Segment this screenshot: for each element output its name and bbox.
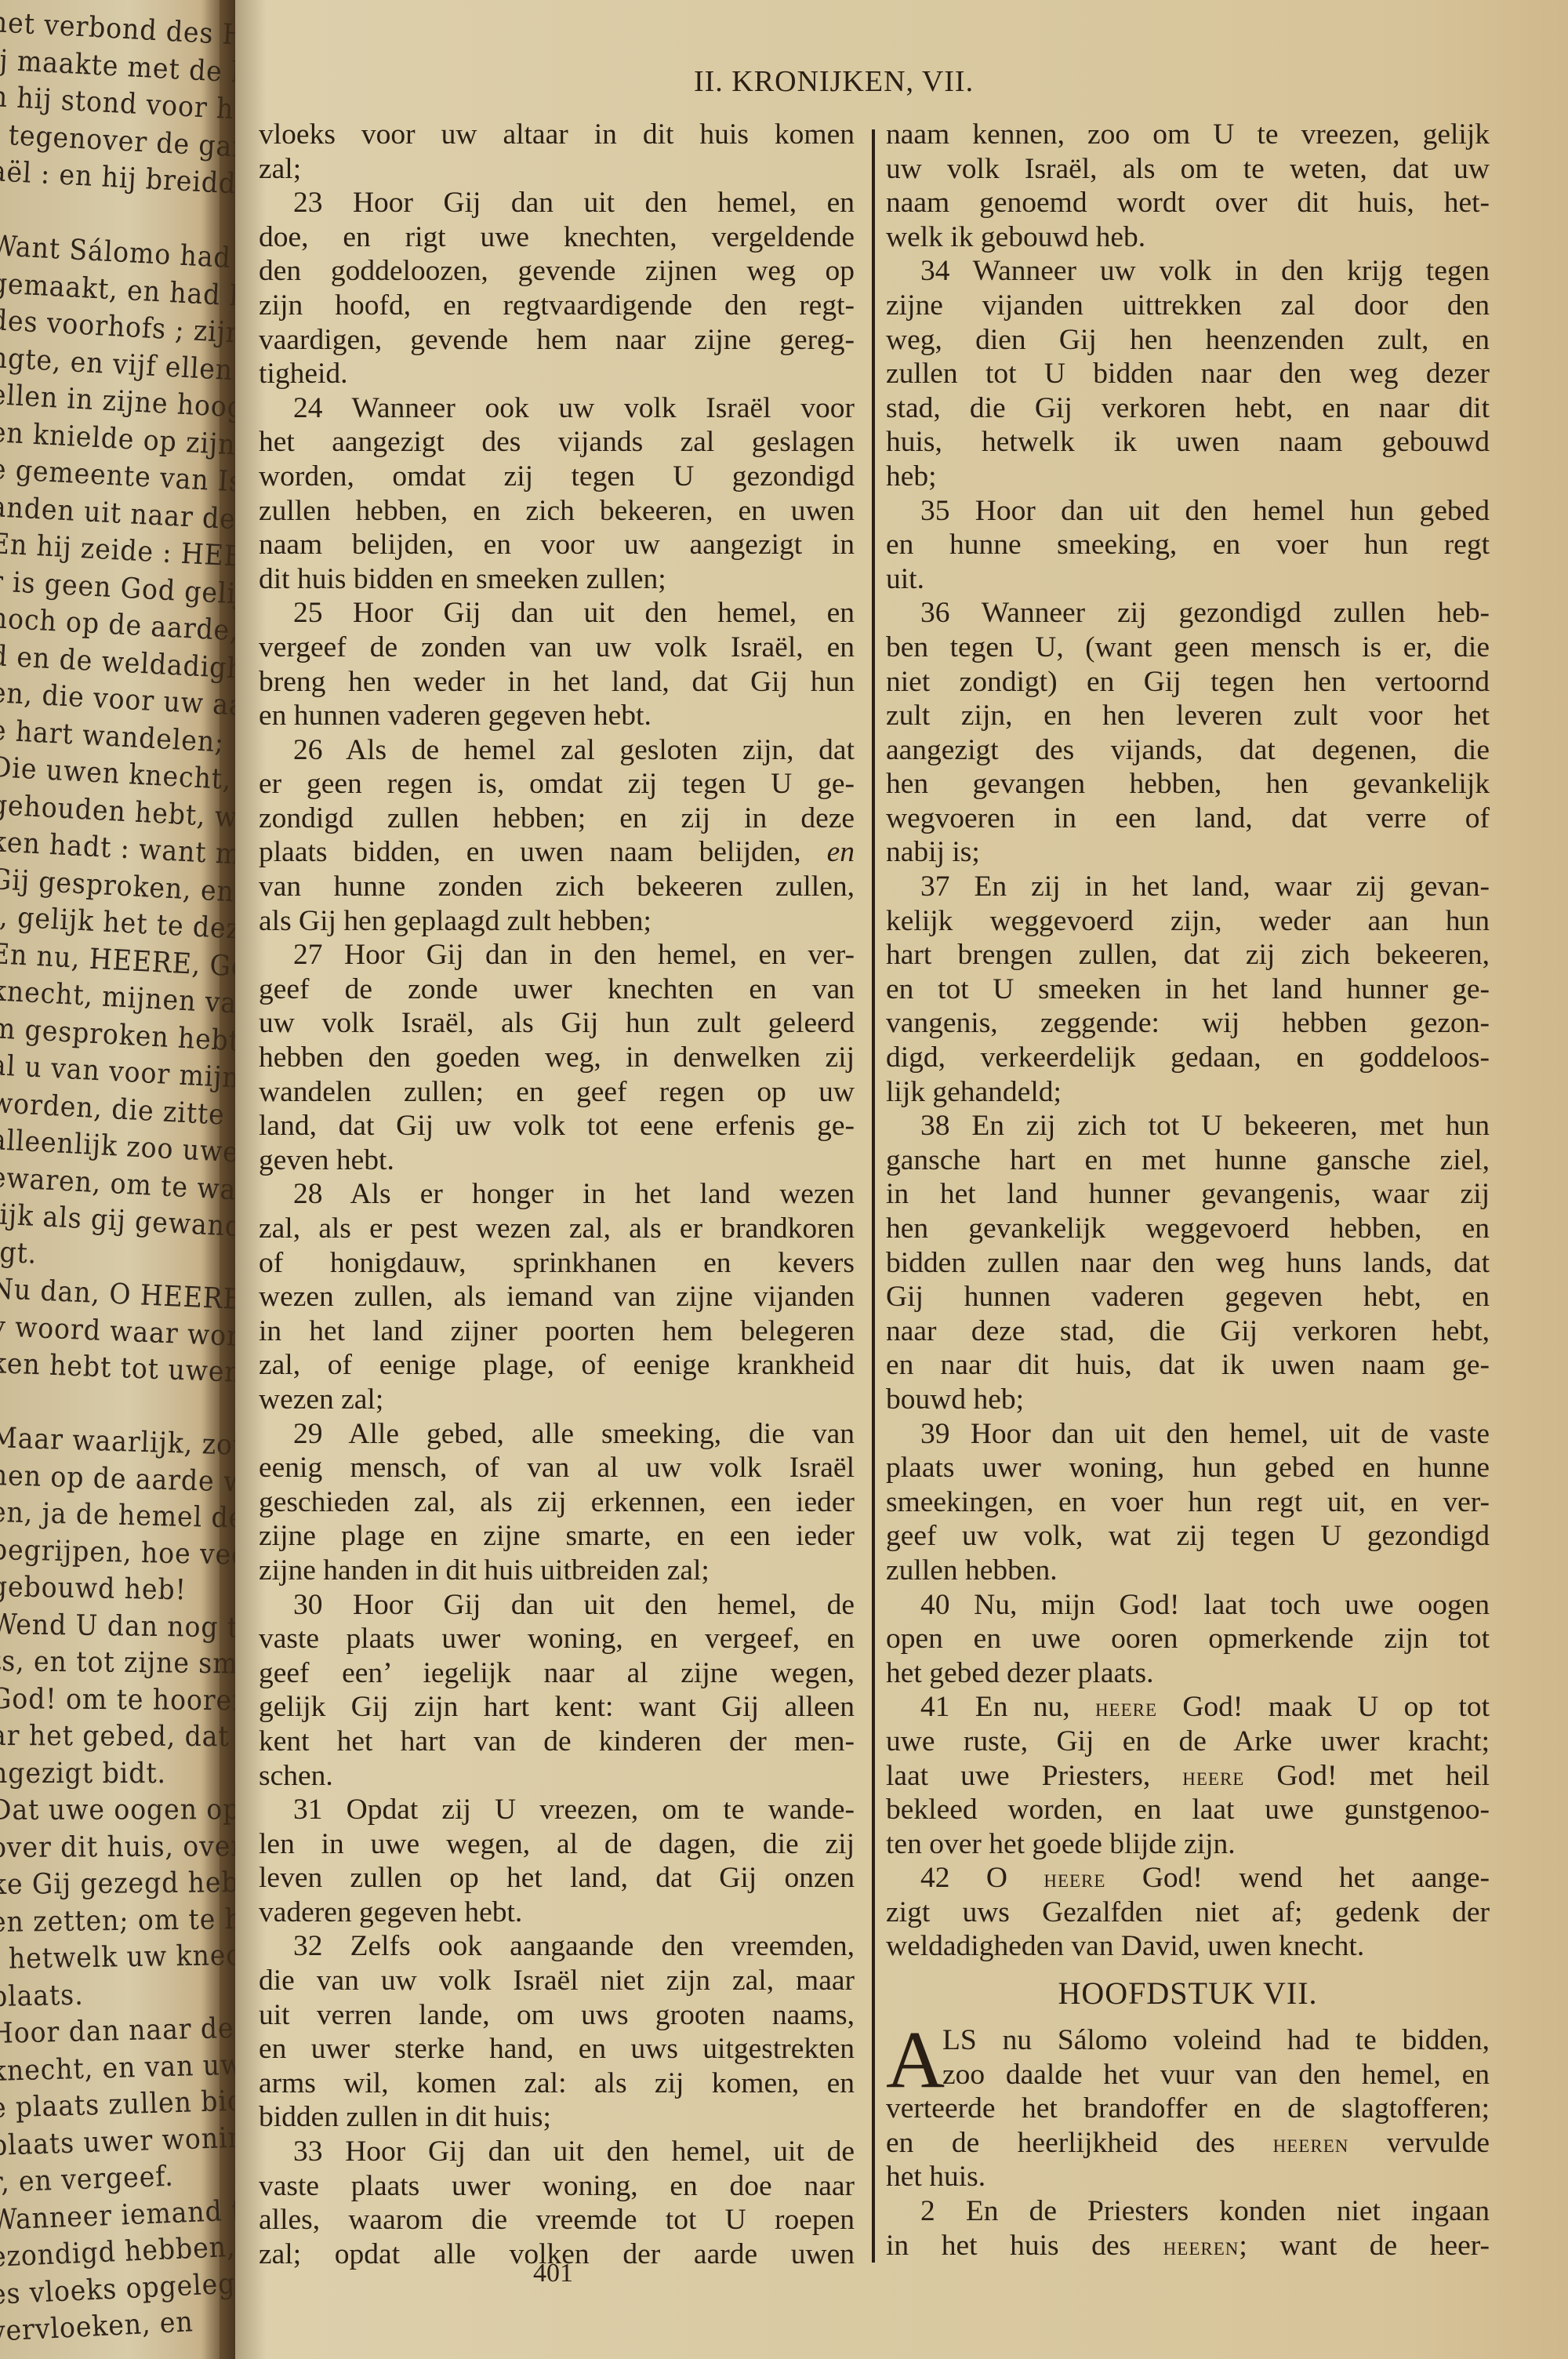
- text-line: leven zullen op het land, dat Gij onzen: [259, 1861, 855, 1896]
- text-line: van hunne zonden zich bekeeren zullen,: [259, 870, 855, 904]
- text-line: 42 O heere God! wend het aange-: [886, 1861, 1490, 1896]
- text-line: 26 Als de hemel zal gesloten zijn, dat: [259, 733, 855, 768]
- facing-page-line: God! om te hooren naar het: [0, 1683, 235, 1718]
- text-line: 31 Opdat zij U vreezen, om te wande-: [259, 1793, 855, 1827]
- text-line: geef uw volk, wat zij tegen U gezondigd: [886, 1519, 1490, 1554]
- drop-cap: A: [886, 2025, 945, 2095]
- running-head: II. KRONIJKEN, VII.: [694, 64, 974, 99]
- text-line: kelijk weggevoerd zijn, weder aan hun: [886, 904, 1490, 939]
- text-line: 2 En de Priesters konden niet ingaan: [886, 2194, 1490, 2229]
- facing-page-line: e plaats zullen bidden; en: [0, 2082, 235, 2125]
- text-line: verteerde het brandoffer en de slagtoffe…: [886, 2092, 1490, 2126]
- text-line: 27 Hoor Gij dan in den hemel, en ver-: [259, 938, 855, 972]
- page-number: 401: [533, 2259, 573, 2288]
- text-line: naam genoemd wordt over dit huis, het-: [886, 186, 1490, 220]
- text-line: zal, als er pest wezen zal, als er brand…: [259, 1212, 855, 1246]
- text-line: zijne plage en zijne smarte, en een iede…: [259, 1519, 855, 1554]
- text-line: het huis.: [886, 2160, 1490, 2194]
- text-line: bidden zullen in dit huis;: [259, 2100, 855, 2135]
- text-line: 33 Hoor Gij dan uit den hemel, uit de: [259, 2135, 855, 2169]
- facing-page-edge: vervloeken, enes vloeks opgelegd zal heb…: [0, 0, 235, 2359]
- gutter-shadow: [204, 0, 235, 2359]
- text-run: in het huis des: [886, 2230, 1163, 2262]
- text-line: hart brengen zullen, dat zij zich bekeer…: [886, 938, 1490, 972]
- facing-page-line: plaats.: [0, 1979, 84, 2012]
- text-line: vaderen gegeven hebt.: [259, 1896, 855, 1930]
- text-line: hen gevangen hebben, hen gevankelijk: [886, 767, 1490, 801]
- text-line: kent het hart van de kinderen der men-: [259, 1725, 855, 1759]
- text-line: en uwer sterke hand, en uws uitgestrekte…: [259, 2032, 855, 2066]
- text-line: 39 Hoor dan uit den hemel, uit de vaste: [886, 1417, 1490, 1452]
- text-line: aangezigt des vijands, dat degenen, die: [886, 733, 1490, 768]
- text-line: zigt uws Gezalfden niet af; gedenk der: [886, 1896, 1490, 1930]
- text-line: zijne vijanden uittrekken zal door den: [886, 289, 1490, 323]
- text-line: heb;: [886, 460, 1490, 494]
- text-line: 38 En zij zich tot U bekeeren, met hun: [886, 1109, 1490, 1143]
- facing-page-line: ts, en tot zijne smeeking,: [0, 1645, 235, 1681]
- text-line: weg, dien Gij hen heenzenden zult, en: [886, 323, 1490, 358]
- text-line: arms wil, komen zal: als zij komen, en: [259, 2066, 855, 2101]
- text-line: in het land zijner poorten hem belegeren: [259, 1314, 855, 1349]
- text-line: len in uwe wegen, al de dagen, die zij: [259, 1827, 855, 1862]
- text-line: naam kennen, zoo om U te vreezen, gelijk: [886, 118, 1490, 152]
- small-caps-run: heeren: [1163, 2233, 1240, 2261]
- text-line: 25 Hoor Gij dan uit den hemel, en: [259, 596, 855, 631]
- facing-page-line: igt.: [0, 1236, 38, 1270]
- text-line: naar deze stad, die Gij verkoren hebt,: [886, 1314, 1490, 1349]
- text-line: bekleed worden, en laat uwe gunstgenoo-: [886, 1793, 1490, 1827]
- text-run: en de heerlijkheid des: [886, 2127, 1273, 2159]
- italic-run: en: [827, 836, 855, 868]
- chapter-text: LS nu Sálomo voleind had te bidden,zoo d…: [886, 2023, 1490, 2263]
- text-line: zondigd zullen hebben; en zij in deze: [259, 801, 855, 836]
- text-line: en naar dit huis, dat ik uwen naam ge-: [886, 1348, 1490, 1383]
- text-run: vervulde: [1348, 2127, 1490, 2159]
- text-line: gelijk Gij zijn hart kent: want Gij alle…: [259, 1690, 855, 1725]
- small-caps-run: heere: [1095, 1694, 1157, 1722]
- text-line: LS nu Sálomo voleind had te bidden,: [886, 2023, 1490, 2058]
- text-run: 41 En nu,: [920, 1691, 1095, 1723]
- text-line: welk ik gebouwd heb.: [886, 220, 1490, 255]
- facing-page-line: over dit huis, over de plaats: [0, 1830, 235, 1864]
- text-line: Gij hunnen vaderen gegeven hebt, en: [886, 1280, 1490, 1314]
- text-line: bidden zullen naar den weg huns lands, d…: [886, 1246, 1490, 1281]
- text-run: God! maak U op tot: [1157, 1691, 1490, 1723]
- text-line: weldadigheden van David, uwen knecht.: [886, 1929, 1490, 1964]
- facing-page-line: vervloeken, en: [0, 2306, 194, 2348]
- text-line: naam belijden, en voor uw aangezigt in: [259, 528, 855, 562]
- text-line: vergeef de zonden van uw volk Israël, en: [259, 631, 855, 665]
- text-line: zijn hoofd, en regtvaardigende den regt-: [259, 289, 855, 323]
- text-line: of honigdauw, sprinkhanen en kevers: [259, 1246, 855, 1281]
- text-line: huis, hetwelk ik uwen naam gebouwd: [886, 425, 1490, 460]
- facing-page-line: r, en vergeef.: [0, 2161, 174, 2199]
- text-line: vaste plaats uwer woning, en vergeef, en: [259, 1622, 855, 1656]
- text-line: vangenis, zeggende: wij hebben gezon-: [886, 1006, 1490, 1041]
- text-line: 23 Hoor Gij dan uit den hemel, en: [259, 186, 855, 220]
- chapter-heading: HOOFDSTUK VII.: [886, 1976, 1490, 2017]
- text-line: er geen regen is, omdat zij tegen U ge-: [259, 767, 855, 801]
- text-line: wandelen zullen; en geef regen op uw: [259, 1075, 855, 1110]
- text-line: uw volk Israël, als Gij hun zult geleerd: [259, 1006, 855, 1041]
- facing-page-line: Dat uwe oogen open zijn: [0, 1794, 235, 1826]
- text-line: digd, verkeerdelijk gedaan, en goddeloos…: [886, 1041, 1490, 1075]
- left-column: vloeks voor uw altaar in dit huis komenz…: [259, 118, 855, 2271]
- text-line: wegvoeren in een land, dat verre of: [886, 801, 1490, 836]
- facing-page-line: , hetwelk uw knecht bidden: [0, 1937, 235, 1976]
- text-run: God! met heil: [1244, 1760, 1490, 1792]
- text-line: 37 En zij in het land, waar zij gevan-: [886, 870, 1490, 904]
- text-line: land, dat Gij uw volk tot eene erfenis g…: [259, 1109, 855, 1143]
- facing-page-line: Wend U dan nog tot het gebed: [0, 1608, 235, 1647]
- text-line: ten over het goede blijde zijn.: [886, 1827, 1490, 1862]
- text-line: nabij is;: [886, 835, 1490, 870]
- text-line: laat uwe Priesters, heere God! met heil: [886, 1759, 1490, 1794]
- text-line: den goddeloozen, gevende zijnen weg op: [259, 254, 855, 289]
- text-line: schen.: [259, 1759, 855, 1794]
- small-caps-run: heere: [1182, 1763, 1244, 1791]
- right-column-verses: naam kennen, zoo om U te vreezen, gelijk…: [886, 118, 1490, 1964]
- text-line: uit.: [886, 562, 1490, 597]
- text-line: en hunne smeeking, en voer hun regt: [886, 528, 1490, 562]
- text-line: en tot U smeeken in het land hunner ge-: [886, 972, 1490, 1007]
- facing-page-line: ngezigt bidt.: [0, 1757, 166, 1790]
- text-line: uit verren lande, om uws grooten naams,: [259, 1998, 855, 2033]
- text-line: stad, die Gij verkoren hebt, en naar dit: [886, 391, 1490, 426]
- text-line: in het land hunner gevangenis, waar zij: [886, 1177, 1490, 1212]
- text-run: God! wend het aange-: [1105, 1862, 1490, 1894]
- column-rule: [872, 129, 875, 2263]
- text-line: wezen zal;: [259, 1383, 855, 1417]
- text-line: ben tegen U, (want geen mensch is er, di…: [886, 631, 1490, 665]
- facing-page-line: e hart wandelen;: [0, 714, 225, 759]
- text-line: zullen tot U bidden naar den weg dezer: [886, 357, 1490, 391]
- facing-page-line: en, ja de hemel der hemelen: [0, 1496, 235, 1538]
- text-line: smeekingen, en voer hun regt uit, en ver…: [886, 1485, 1490, 1520]
- facing-page-line: knecht, en van uw volk Israël: [0, 2045, 235, 2087]
- text-run: 42 O: [920, 1862, 1044, 1894]
- facing-page-line: ke Gij gezegd hebt, uwen naam: [0, 1865, 235, 1901]
- text-line: als Gij hen geplaagd zult hebben;: [259, 904, 855, 939]
- facing-page-line: begrijpen, hoe veel te min: [0, 1534, 235, 1574]
- text-line: 41 En nu, heere God! maak U op tot: [886, 1690, 1490, 1725]
- text-line: lijk gehandeld;: [886, 1075, 1490, 1110]
- text-line: open en uwe ooren opmerkende zijn tot: [886, 1622, 1490, 1656]
- text-line: 30 Hoor Gij dan uit den hemel, de: [259, 1588, 855, 1623]
- text-line: plaats bidden, en uwen naam belijden, en: [259, 835, 855, 870]
- text-line: zoo daalde het vuur van den hemel, en: [886, 2058, 1490, 2092]
- text-line: worden, omdat zij tegen U gezondigd: [259, 460, 855, 494]
- text-line: het aangezigt des vijands zal geslagen: [259, 425, 855, 460]
- text-line: dit huis bidden en smeeken zullen;: [259, 562, 855, 597]
- text-line: 28 Als er honger in het land wezen: [259, 1177, 855, 1212]
- facing-page-line: ar het gebed, dat uw knecht: [0, 1720, 235, 1754]
- text-line: zal;: [259, 152, 855, 187]
- text-line: uwe ruste, Gij en de Arke uwer kracht;: [886, 1725, 1490, 1759]
- book-page: vervloeken, enes vloeks opgelegd zal heb…: [0, 0, 1568, 2359]
- text-line: in het huis des heeren; want de heer-: [886, 2229, 1490, 2263]
- text-line: geef een’ iegelijk naar al zijne wegen,: [259, 1656, 855, 1691]
- text-line: geven hebt.: [259, 1143, 855, 1178]
- text-run: laat uwe Priesters,: [886, 1760, 1182, 1792]
- text-line: 40 Nu, mijn God! laat toch uwe oogen: [886, 1588, 1490, 1623]
- small-caps-run: heere: [1044, 1865, 1105, 1893]
- text-line: en hunnen vaderen gegeven hebt.: [259, 699, 855, 733]
- text-line: zullen hebben.: [886, 1554, 1490, 1588]
- facing-page-line: Hoor dan naar de smeekingen: [0, 2008, 235, 2050]
- text-run: ; want de heer-: [1239, 2230, 1490, 2262]
- text-line: en de heerlijkheid des heeren vervulde: [886, 2126, 1490, 2161]
- text-line: zijne handen in dit huis uitbreiden zal;: [259, 1554, 855, 1588]
- text-line: gansche hart en met hunne gansche ziel,: [886, 1143, 1490, 1178]
- text-line: die van uw volk Israël niet zijn zal, ma…: [259, 1964, 855, 1998]
- text-line: uw volk Israël, als om te weten, dat uw: [886, 152, 1490, 187]
- text-line: vaardigen, gevende hem naar zijne gereg-: [259, 323, 855, 358]
- text-line: tigheid.: [259, 357, 855, 391]
- facing-page-line: gebouwd heb!: [0, 1571, 187, 1606]
- text-line: breng hen weder in het land, dat Gij hun: [259, 665, 855, 700]
- facing-page-line: plaats uwer woning, uit den: [0, 2117, 235, 2161]
- text-line: doe, en rigt uwe knechten, vergeldende: [259, 220, 855, 255]
- text-line: het gebed dezer plaats.: [886, 1656, 1490, 1691]
- text-line: hebben den goeden weg, in denwelken zij: [259, 1041, 855, 1075]
- text-line: 29 Alle gebed, alle smeeking, die van: [259, 1417, 855, 1452]
- text-line: 35 Hoor dan uit den hemel hun gebed: [886, 494, 1490, 529]
- facing-page-line: hen op de aarde wonen!: [0, 1459, 235, 1501]
- text-line: 34 Wanneer uw volk in den krijg tegen: [886, 254, 1490, 289]
- text-line: zullen hebben, en zich bekeeren, en uwen: [259, 494, 855, 529]
- facing-page-line: en zetten; om te hooren: [0, 1902, 235, 1938]
- text-line: geef de zonde uwer knechten en van: [259, 972, 855, 1007]
- text-line: bouwd heb;: [886, 1383, 1490, 1417]
- text-line: eenig mensch, of van al uw volk Israël: [259, 1451, 855, 1485]
- facing-page-line: Maar waarlijk, zou God: [0, 1422, 235, 1464]
- text-line: zal, of eenige plage, of eenige krankhei…: [259, 1348, 855, 1383]
- text-line: plaats uwer woning, hun gebed en hunne: [886, 1451, 1490, 1485]
- text-line: vaste plaats uwer woning, en doe naar: [259, 2169, 855, 2204]
- text-line: 32 Zelfs ook aangaande den vreemden,: [259, 1929, 855, 1964]
- text-line: zult zijn, en hen leveren zult voor het: [886, 699, 1490, 733]
- text-line: vloeks voor uw altaar in dit huis komen: [259, 118, 855, 152]
- small-caps-run: heeren: [1273, 2130, 1349, 2158]
- text-line: niet zondigt) en Gij tegen hen vertoornd: [886, 665, 1490, 700]
- chapter-opening: A LS nu Sálomo voleind had te bidden,zoo…: [886, 2023, 1490, 2263]
- text-line: geschieden zal, als zij erkennen, een ie…: [259, 1485, 855, 1520]
- right-column: naam kennen, zoo om U te vreezen, gelijk…: [886, 118, 1490, 2263]
- text-line: hen gevankelijk weggevoerd hebben, en: [886, 1212, 1490, 1246]
- facing-page-line: aël : en hij breidde zijne: [0, 155, 235, 205]
- text-line: 24 Wanneer ook uw volk Israël voor: [259, 391, 855, 426]
- text-line: wezen zullen, als iemand van zijne vijan…: [259, 1280, 855, 1314]
- facing-page-line: ken hebt tot uwen knecht: [0, 1347, 235, 1393]
- text-line: alles, waarom die vreemde tot U roepen: [259, 2203, 855, 2237]
- text-run: plaats bidden, en uwen naam belijden,: [259, 836, 827, 868]
- text-line: 36 Wanneer zij gezondigd zullen heb-: [886, 596, 1490, 631]
